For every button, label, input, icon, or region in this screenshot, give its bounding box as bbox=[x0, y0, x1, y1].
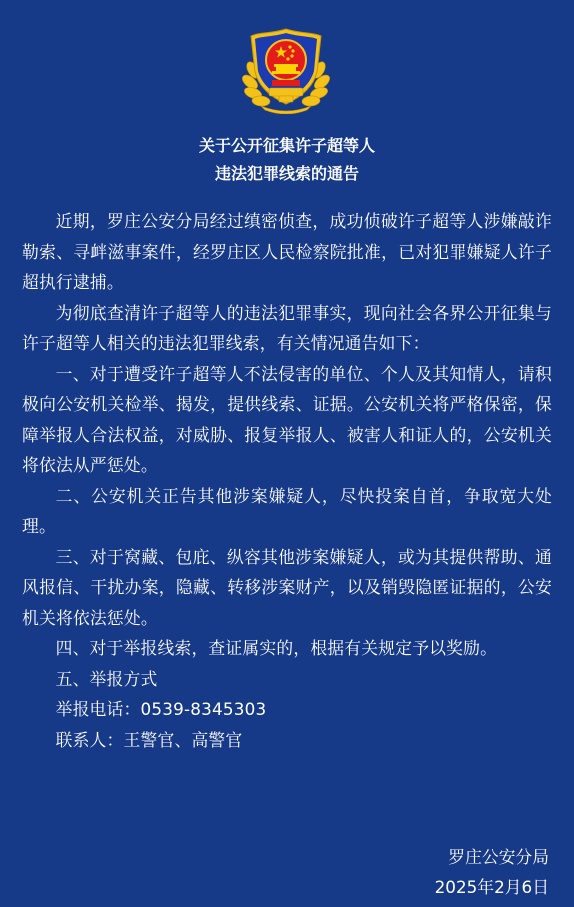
title-line-2: 违法犯罪线索的通告 bbox=[0, 160, 574, 188]
police-emblem-icon bbox=[241, 26, 331, 114]
contact-person: 联系人：王警官、高警官 bbox=[22, 725, 552, 756]
notice-body: 近期，罗庄公安分局经过缜密侦查，成功侦破许子超等人涉嫌敲诈勒索、寻衅滋事案件，经… bbox=[22, 206, 552, 755]
notice-title: 关于公开征集许子超等人 违法犯罪线索的通告 bbox=[0, 132, 574, 188]
issue-date: 2025年2月6日 bbox=[435, 872, 549, 902]
report-phone: 举报电话：0539-8345303 bbox=[22, 694, 552, 725]
paragraph-item-3: 三、对于窝藏、包庇、纵容其他涉案嫌疑人，或为其提供帮助、通风报信、干扰办案，隐藏… bbox=[22, 542, 552, 634]
paragraph-item-2: 二、公安机关正告其他涉案嫌疑人，尽快投案自首，争取宽大处理。 bbox=[22, 481, 552, 542]
paragraph-item-5: 五、举报方式 bbox=[22, 664, 552, 695]
title-line-1: 关于公开征集许子超等人 bbox=[0, 132, 574, 160]
paragraph-item-4: 四、对于举报线索，查证属实的，根据有关规定予以奖励。 bbox=[22, 633, 552, 664]
issuer-name: 罗庄公安分局 bbox=[435, 842, 549, 872]
paragraph-intro: 近期，罗庄公安分局经过缜密侦查，成功侦破许子超等人涉嫌敲诈勒索、寻衅滋事案件，经… bbox=[22, 206, 552, 298]
signature-block: 罗庄公安分局 2025年2月6日 bbox=[435, 842, 549, 902]
paragraph-item-1: 一、对于遭受许子超等人不法侵害的单位、个人及其知情人，请积极向公安机关检举、揭发… bbox=[22, 359, 552, 481]
paragraph-purpose: 为彻底查清许子超等人的违法犯罪事实，现向社会各界公开征集与许子超等人相关的违法犯… bbox=[22, 298, 552, 359]
